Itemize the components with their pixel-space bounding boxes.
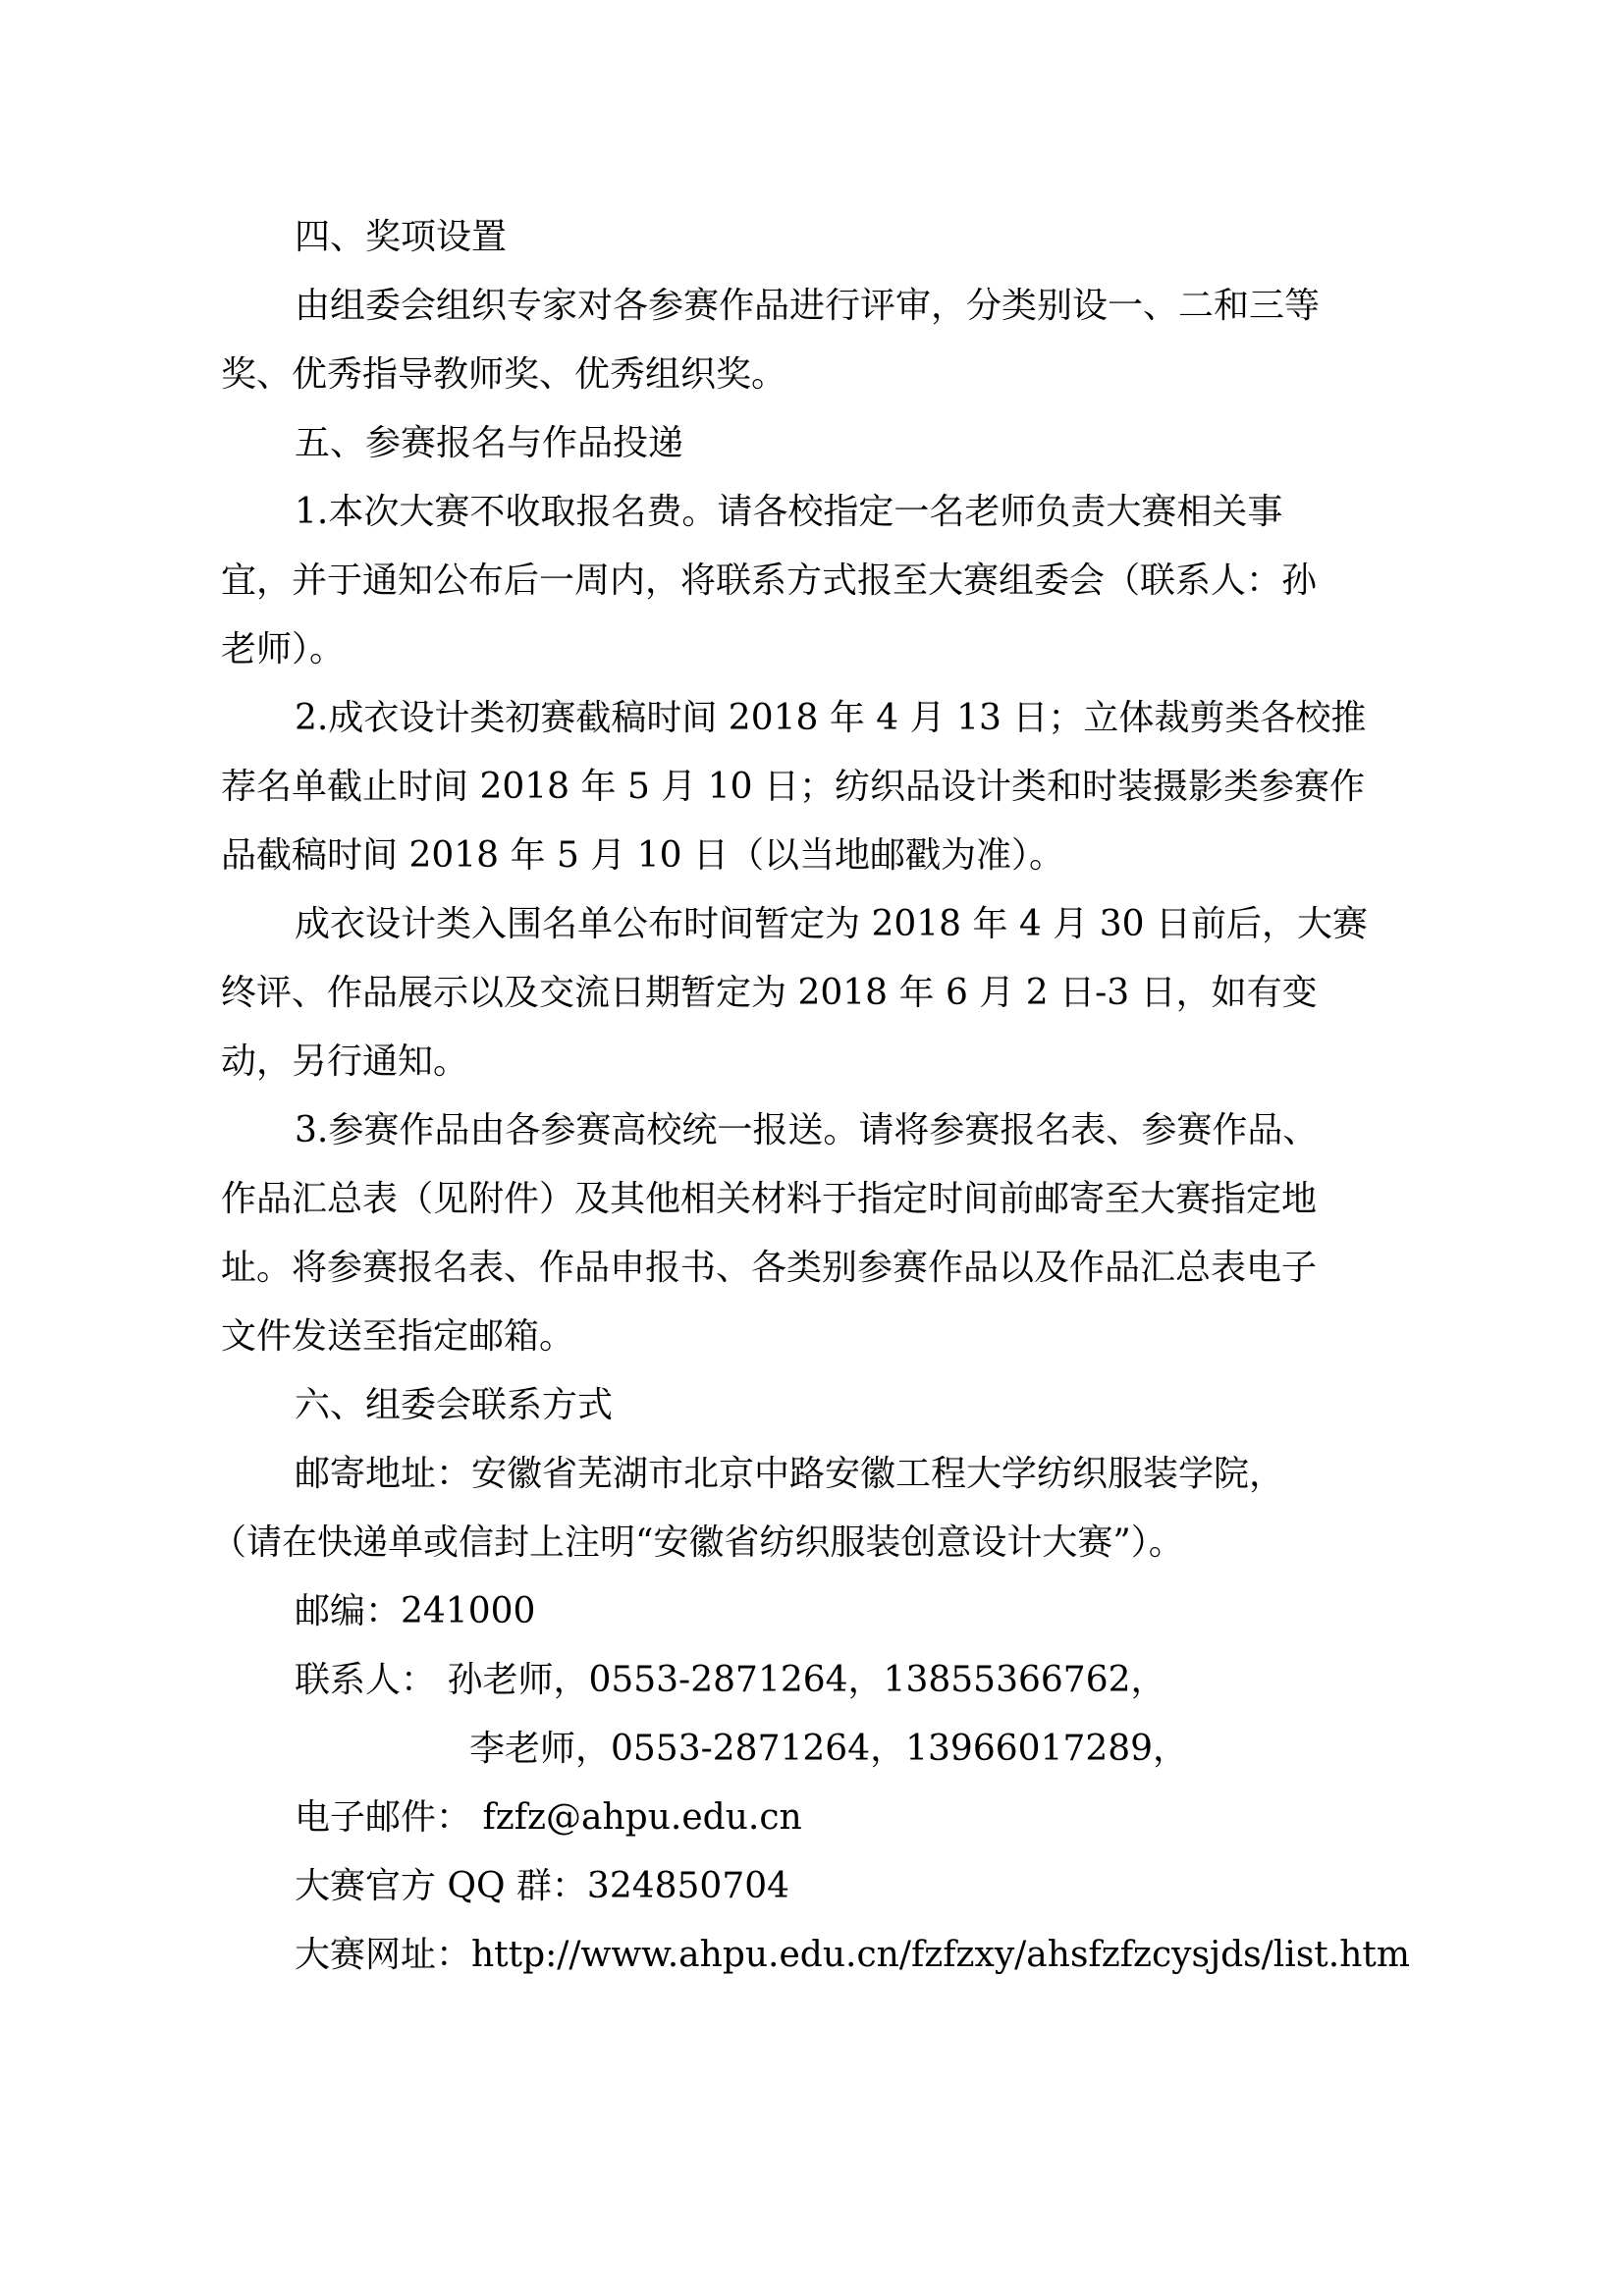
finalist-schedule-line-1: 成衣设计类入围名单公布时间暂定为 2018 年 4 月 30 日前后，大赛	[295, 903, 1368, 946]
section-heading-awards: 四、奖项设置	[295, 216, 507, 259]
registration-item-3-line-3: 址。将参赛报名表、作品申报书、各类别参赛作品以及作品汇总表电子	[221, 1247, 1317, 1290]
section-heading-contact: 六、组委会联系方式	[295, 1384, 613, 1427]
contest-website-link[interactable]: 大赛网址：http://www.ahpu.edu.cn/fzfzxy/ahsfz…	[295, 1934, 1410, 1977]
postal-code: 邮编：241000	[295, 1590, 535, 1633]
contact-qq-group: 大赛官方 QQ 群：324850704	[295, 1865, 789, 1908]
mailing-address: 邮寄地址：安徽省芜湖市北京中路安徽工程大学纺织服装学院，	[295, 1453, 1284, 1496]
document-page: 四、奖项设置 由组委会组织专家对各参赛作品进行评审，分类别设一、二和三等 奖、优…	[0, 0, 1624, 2296]
registration-item-2-line-2: 荐名单截止时间 2018 年 5 月 10 日；纺织品设计类和时装摄影类参赛作	[221, 766, 1365, 809]
contact-person-sun: 联系人： 孙老师，0553-2871264，13855366762，	[295, 1659, 1166, 1702]
registration-item-1-line-3: 老师）。	[221, 628, 345, 671]
registration-item-3-line-4: 文件发送至指定邮箱。	[221, 1315, 574, 1359]
section-heading-registration: 五、参赛报名与作品投递	[295, 422, 683, 465]
awards-paragraph-line-2: 奖、优秀指导教师奖、优秀组织奖。	[221, 353, 786, 397]
registration-item-1-line-2: 宜，并于通知公布后一周内，将联系方式报至大赛组委会（联系人：孙	[221, 560, 1317, 603]
contact-email[interactable]: 电子邮件： fzfz@ahpu.edu.cn	[295, 1796, 802, 1840]
mailing-address-note: （请在快递单或信封上注明“安徽省纺织服装创意设计大赛”）。	[211, 1522, 1184, 1565]
contact-person-li: 李老师，0553-2871264，13966017289，	[469, 1728, 1188, 1771]
awards-paragraph-line-1: 由组委会组织专家对各参赛作品进行评审，分类别设一、二和三等	[295, 285, 1320, 328]
registration-item-2-line-1: 2.成衣设计类初赛截稿时间 2018 年 4 月 13 日；立体裁剪类各校推	[295, 697, 1366, 740]
finalist-schedule-line-3: 动，另行通知。	[221, 1041, 468, 1084]
registration-item-3-line-1: 3.参赛作品由各参赛高校统一报送。请将参赛报名表、参赛作品、	[295, 1109, 1318, 1152]
registration-item-2-line-3: 品截稿时间 2018 年 5 月 10 日（以当地邮戳为准）。	[221, 834, 1064, 878]
registration-item-1-line-1: 1.本次大赛不收取报名费。请各校指定一名老师负责大赛相关事	[295, 491, 1282, 534]
registration-item-3-line-2: 作品汇总表（见附件）及其他相关材料于指定时间前邮寄至大赛指定地	[221, 1178, 1317, 1221]
finalist-schedule-line-2: 终评、作品展示以及交流日期暂定为 2018 年 6 月 2 日-3 日，如有变	[221, 972, 1318, 1015]
